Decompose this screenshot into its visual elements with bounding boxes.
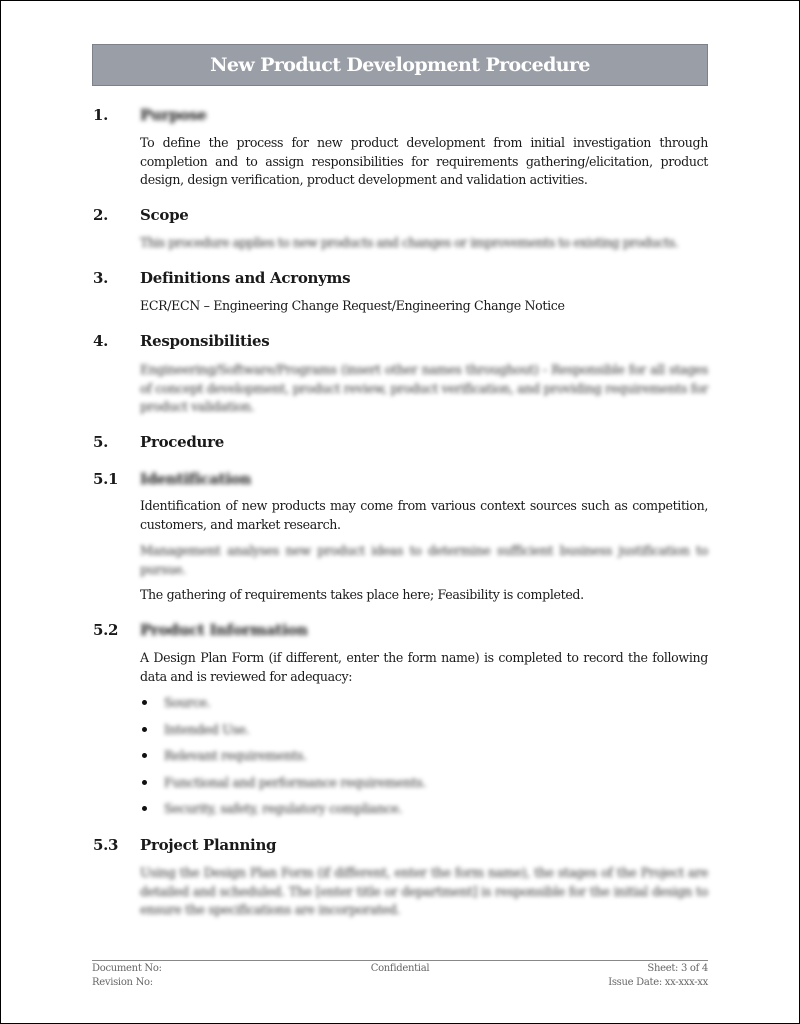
subsection-title: Identification: [140, 470, 251, 488]
scope-text: This procedure applies to new products a…: [140, 234, 708, 253]
bullet-icon: [142, 700, 147, 705]
section-title: Purpose: [140, 106, 206, 124]
list-item: Security, safety, regulatory compliance.: [140, 800, 708, 827]
identification-text-2: Management analyses new product ideas to…: [140, 542, 708, 579]
purpose-text: To define the process for new product de…: [140, 134, 708, 190]
section-title: Scope: [140, 206, 189, 224]
subsection-number: 5.2: [93, 621, 138, 639]
section-title: Procedure: [140, 433, 224, 451]
project-planning-text: Using the Design Plan Form (if different…: [140, 864, 708, 920]
footer-divider: [92, 960, 708, 961]
list-item-text: Relevant requirements.: [164, 747, 307, 765]
responsibilities-text: Engineering/Software/Programs (insert ot…: [140, 361, 708, 417]
list-item-text: Intended Use.: [164, 721, 249, 739]
list-item-text: Security, safety, regulatory compliance.: [164, 800, 402, 818]
identification-text-3: The gathering of requirements takes plac…: [140, 586, 708, 605]
product-information-list: Source. Intended Use. Relevant requireme…: [140, 694, 708, 827]
list-item-text: Source.: [164, 694, 210, 712]
identification-text-1: Identification of new products may come …: [140, 497, 708, 534]
section-title: Responsibilities: [140, 332, 269, 350]
document-page: New Product Development Procedure 1. Pur…: [0, 0, 800, 1024]
list-item: Source.: [140, 694, 708, 721]
section-number: 1.: [93, 106, 138, 124]
list-item: Intended Use.: [140, 721, 708, 748]
subsection-title: Product Information: [140, 621, 308, 639]
subsection-number: 5.1: [93, 470, 138, 488]
list-item: Relevant requirements.: [140, 747, 708, 774]
definitions-text: ECR/ECN – Engineering Change Request/Eng…: [140, 297, 708, 316]
list-item-text: Functional and performance requirements.: [164, 774, 426, 792]
subsection-number: 5.3: [93, 836, 138, 854]
sheet-number: Sheet: 3 of 4: [608, 962, 708, 976]
section-title: Definitions and Acronyms: [140, 269, 350, 287]
section-number: 5.: [93, 433, 138, 451]
list-item: Functional and performance requirements.: [140, 774, 708, 801]
document-title-bar: New Product Development Procedure: [92, 44, 708, 86]
section-number: 3.: [93, 269, 138, 287]
product-information-intro: A Design Plan Form (if different, enter …: [140, 649, 708, 686]
bullet-icon: [142, 727, 147, 732]
bullet-icon: [142, 753, 147, 758]
bullet-icon: [142, 780, 147, 785]
section-number: 2.: [93, 206, 138, 224]
bullet-icon: [142, 806, 147, 811]
revision-number-label: Revision No:: [92, 976, 162, 990]
issue-date: Issue Date: xx-xxx-xx: [608, 976, 708, 990]
document-title: New Product Development Procedure: [210, 54, 590, 76]
subsection-title: Project Planning: [140, 836, 276, 854]
section-number: 4.: [93, 332, 138, 350]
